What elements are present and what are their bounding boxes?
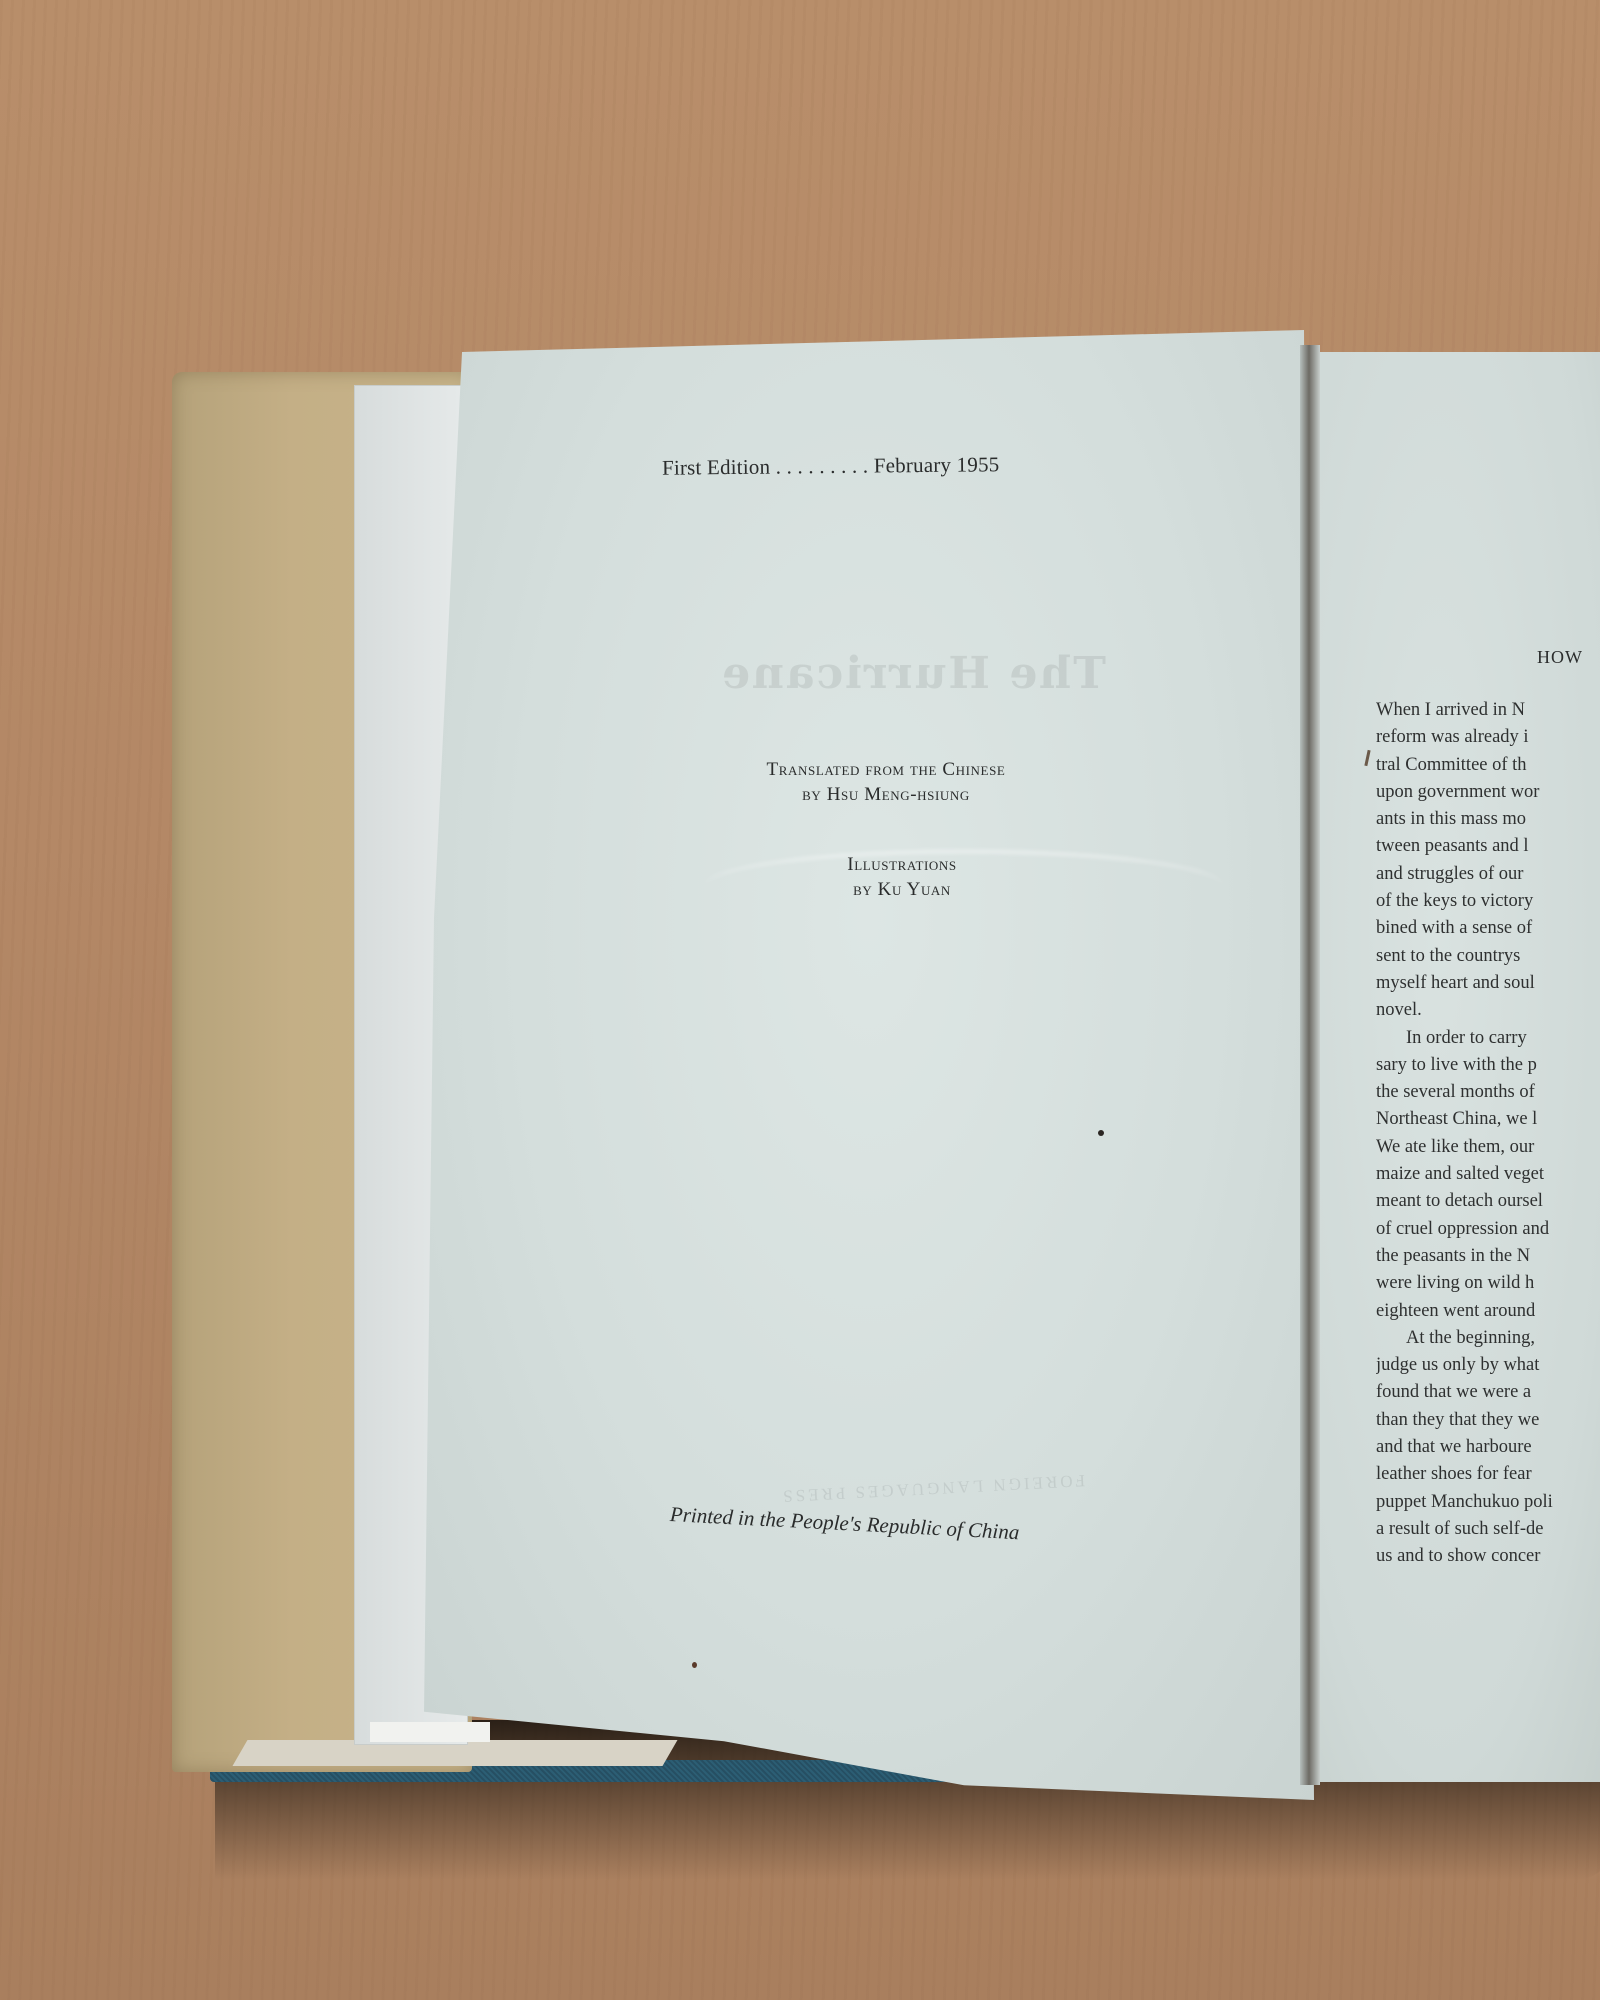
text-line: novel. [1376, 997, 1600, 1024]
text-line: eighteen went around [1376, 1298, 1600, 1325]
text-line: than they that they we [1376, 1407, 1600, 1434]
text-line: puppet Manchukuo poli [1376, 1489, 1600, 1516]
text-line: a result of such self-de [1376, 1516, 1600, 1543]
text-line: of the keys to victory [1376, 888, 1600, 915]
text-line: the peasants in the N [1376, 1243, 1600, 1270]
translation-credit: Translated from the Chinese by Hsu Meng-… [706, 757, 1066, 807]
text-line: the several months of [1376, 1079, 1600, 1106]
text-line: us and to show concer [1376, 1543, 1600, 1570]
edition-line: First Edition . . . . . . . . . February… [662, 452, 1000, 481]
illustrations-credit-line-2: by Ku Yuan [722, 877, 1082, 902]
verso-page[interactable] [424, 330, 1314, 1800]
text-line: Northeast China, we l [1376, 1106, 1600, 1133]
paper-speck [692, 1662, 697, 1668]
translation-credit-line-2: by Hsu Meng-hsiung [706, 782, 1066, 807]
text-line: and struggles of our [1376, 861, 1600, 888]
text-line: ants in this mass mo [1376, 806, 1600, 833]
illustrations-credit: Illustrations by Ku Yuan [722, 852, 1082, 902]
chapter-heading: HOW [1537, 647, 1583, 668]
text-line: found that we were a [1376, 1379, 1600, 1406]
text-line: When I arrived in N [1376, 697, 1600, 724]
text-line: meant to detach oursel [1376, 1188, 1600, 1215]
edition-label: First Edition [662, 455, 770, 480]
text-line: maize and salted veget [1376, 1161, 1600, 1188]
text-line: sary to live with the p [1376, 1052, 1600, 1079]
paragraph-start-line: At the beginning, [1376, 1325, 1600, 1352]
text-line: leather shoes for fear [1376, 1461, 1600, 1488]
recto-body-text: When I arrived in N reform was already i… [1376, 697, 1600, 1571]
text-line: tween peasants and l [1376, 833, 1600, 860]
edition-leader-dots: . . . . . . . . . [770, 454, 874, 479]
endpaper-edge [370, 1722, 490, 1742]
text-line: judge us only by what [1376, 1352, 1600, 1379]
text-line: of cruel oppression and [1376, 1216, 1600, 1243]
text-line: upon government wor [1376, 779, 1600, 806]
text-line: bined with a sense of [1376, 915, 1600, 942]
text-line: were living on wild h [1376, 1270, 1600, 1297]
show-through-title: The Hurricane [720, 648, 1106, 699]
paragraph-start-line: In order to carry [1376, 1025, 1600, 1052]
translation-credit-line-1: Translated from the Chinese [706, 757, 1066, 782]
text-line: myself heart and soul [1376, 970, 1600, 997]
paper-speck [1098, 1130, 1104, 1136]
text-line: We ate like them, our [1376, 1134, 1600, 1161]
edition-date: February 1955 [874, 452, 1000, 477]
text-line: reform was already i [1376, 724, 1600, 751]
text-line: tral Committee of th [1376, 752, 1600, 779]
text-line: sent to the countrys [1376, 943, 1600, 970]
book-gutter [1300, 345, 1320, 1785]
illustrations-credit-line-1: Illustrations [722, 852, 1082, 877]
text-line: and that we harboure [1376, 1434, 1600, 1461]
